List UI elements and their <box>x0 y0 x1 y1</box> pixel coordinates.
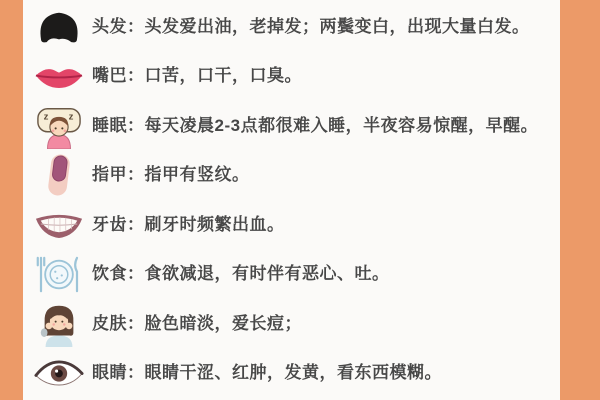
symptom-text: 脸色暗淡，爱长痘； <box>145 314 303 333</box>
symptom-text: 每天凌晨2-3点都很难入睡，半夜容易惊醒，早醒。 <box>145 116 539 135</box>
symptom-text: 头发爱出油，老掉发；两鬓变白，出现大量白发。 <box>145 17 530 36</box>
right-border <box>560 0 600 400</box>
symptom-text: 刷牙时频繁出血。 <box>145 215 285 234</box>
plate-cutlery-icon <box>31 251 87 297</box>
symptom-line: 皮肤：脸色暗淡，爱长痘； <box>92 314 302 334</box>
fingernail-icon <box>31 152 87 198</box>
svg-text:z: z <box>44 111 49 122</box>
symptom-label: 牙齿： <box>92 215 145 234</box>
teeth-icon <box>31 202 87 248</box>
list-item-diet: 饮食：食欲减退，有时伴有恶心、吐。 <box>31 251 558 297</box>
symptom-text: 食欲减退，有时伴有恶心、吐。 <box>145 264 390 283</box>
symptom-label: 睡眠： <box>92 116 145 135</box>
symptom-line: 饮食：食欲减退，有时伴有恶心、吐。 <box>92 264 390 284</box>
list-item-skin: 皮肤：脸色暗淡，爱长痘； <box>31 301 558 347</box>
symptom-text: 口苦，口干，口臭。 <box>145 66 303 85</box>
eye-icon <box>31 350 87 396</box>
health-symptoms-infographic: 头发：头发爱出油，老掉发；两鬓变白，出现大量白发。 嘴巴：口苦，口干，口臭。 z… <box>0 0 600 400</box>
lips-icon <box>31 53 87 99</box>
list-item-eyes: 眼睛：眼睛干涩、红肿，发黄，看东西模糊。 <box>31 350 558 396</box>
list-item-mouth: 嘴巴：口苦，口干，口臭。 <box>31 53 558 99</box>
symptom-line: 牙齿：刷牙时频繁出血。 <box>92 215 285 235</box>
symptom-label: 皮肤： <box>92 314 145 333</box>
symptom-line: 指甲：指甲有竖纹。 <box>92 165 250 185</box>
symptom-text: 指甲有竖纹。 <box>145 165 250 184</box>
symptom-label: 指甲： <box>92 165 145 184</box>
left-border <box>0 0 23 400</box>
list-item-nail: 指甲：指甲有竖纹。 <box>31 152 558 198</box>
symptom-list: 头发：头发爱出油，老掉发；两鬓变白，出现大量白发。 嘴巴：口苦，口干，口臭。 z… <box>23 0 560 400</box>
symptom-label: 饮食： <box>92 264 145 283</box>
symptom-text: 眼睛干涩、红肿，发黄，看东西模糊。 <box>145 363 443 382</box>
woman-face-icon <box>31 301 87 347</box>
symptom-label: 眼睛： <box>92 363 145 382</box>
list-item-teeth: 牙齿：刷牙时频繁出血。 <box>31 202 558 248</box>
sleeping-child-icon: z z <box>31 103 87 149</box>
svg-text:z: z <box>69 111 74 122</box>
symptom-line: 嘴巴：口苦，口干，口臭。 <box>92 66 302 86</box>
symptom-label: 嘴巴： <box>92 66 145 85</box>
symptom-line: 眼睛：眼睛干涩、红肿，发黄，看东西模糊。 <box>92 363 442 383</box>
symptom-line: 睡眠：每天凌晨2-3点都很难入睡，半夜容易惊醒，早醒。 <box>92 116 538 136</box>
hair-icon <box>31 4 87 50</box>
symptom-line: 头发：头发爱出油，老掉发；两鬓变白，出现大量白发。 <box>92 17 530 37</box>
list-item-hair: 头发：头发爱出油，老掉发；两鬓变白，出现大量白发。 <box>31 4 558 50</box>
list-item-sleep: z z 睡眠：每天凌晨2-3点都很难入睡，半夜容易惊醒，早醒。 <box>31 103 558 149</box>
symptom-label: 头发： <box>92 17 145 36</box>
